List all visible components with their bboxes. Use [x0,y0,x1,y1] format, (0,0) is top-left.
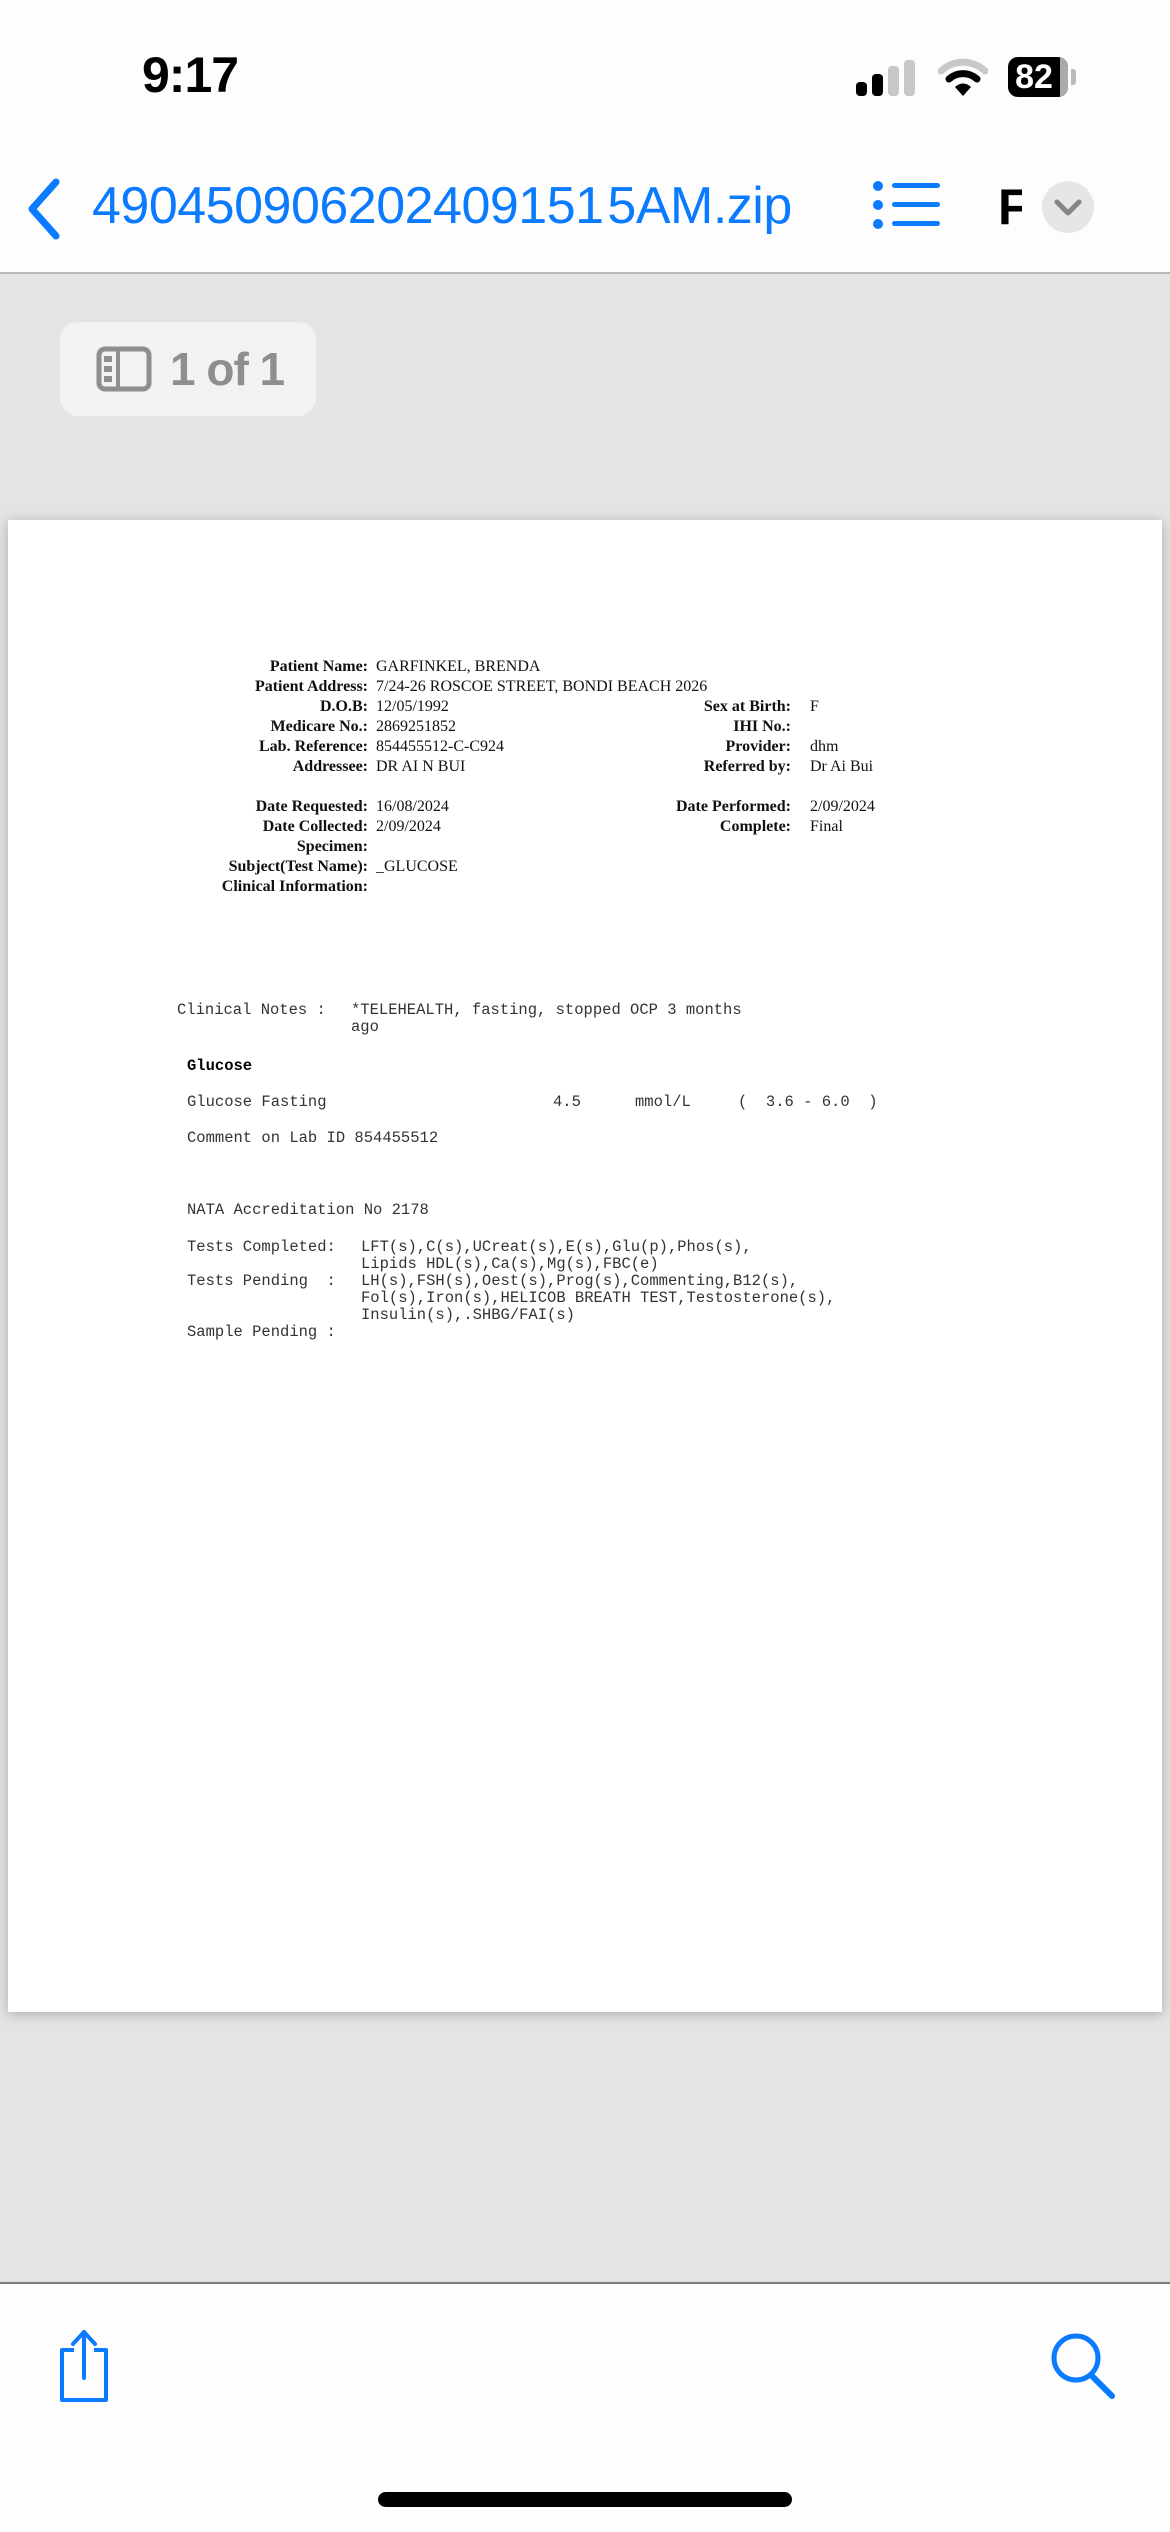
battery-icon: 82 [1008,57,1068,97]
info-label: Provider: [726,737,791,757]
section-title: Glucose [187,1058,252,1075]
info-label: Specimen: [297,837,368,857]
info-label: Patient Name: [270,657,368,677]
info-label: Sex at Birth: [704,697,791,717]
tests-completed-line: LFT(s),C(s),UCreat(s),E(s),Glu(p),Phos(s… [361,1239,752,1256]
date-collected: 2/09/2024 [376,817,441,837]
info-label: Referred by: [704,757,791,777]
patient-address: 7/24-26 ROSCOE STREET, BONDI BEACH 2026 [376,677,707,697]
clinical-notes-label: Clinical Notes : [177,1002,326,1019]
chevron-down-circle-icon[interactable] [1042,181,1094,233]
date-performed: 2/09/2024 [810,797,875,817]
home-indicator[interactable] [378,2492,792,2507]
subject-test-name: _GLUCOSE [376,857,458,877]
sex-at-birth: F [810,697,819,717]
result-name: Glucose Fasting [187,1094,327,1111]
info-label: Patient Address: [255,677,368,697]
addressee: DR AI N BUI [376,757,465,777]
tests-pending-label: Tests Pending : [187,1273,336,1290]
share-icon[interactable] [54,2326,114,2406]
result-unit: mmol/L [635,1094,691,1111]
referred-by: Dr Ai Bui [810,757,873,777]
wifi-icon [938,56,988,98]
info-label: Addressee: [293,757,368,777]
info-label: Lab. Reference: [259,737,368,757]
clinical-notes-line2: ago [351,1019,379,1036]
patient-name: GARFINKEL, BRENDA [376,657,540,677]
tests-pending-line: Fol(s),Iron(s),HELICOB BREATH TEST,Testo… [361,1290,835,1307]
battery-percent: 82 [1015,58,1053,96]
info-label: Subject(Test Name): [229,857,368,877]
info-label: Date Requested: [256,797,368,817]
page-indicator-button[interactable]: 1 of 1 [60,322,316,416]
info-label: IHI No.: [733,717,791,737]
cellular-signal-icon [856,60,916,96]
page-indicator-label: 1 of 1 [170,342,284,396]
info-label: Date Collected: [263,817,368,837]
tests-completed-label: Tests Completed: [187,1239,336,1256]
info-label: D.O.B: [320,697,368,717]
date-requested: 16/08/2024 [376,797,449,817]
navigation-bar: 490450906202409151 5AM.zip F [0,150,1170,274]
truncated-title[interactable]: F [998,178,1022,236]
result-range: ( 3.6 - 6.0 ) [738,1094,878,1111]
document-title[interactable]: 490450906202409151 5AM.zip [92,176,792,236]
battery-tip [1071,69,1076,85]
lab-reference: 854455512-C-C924 [376,737,504,757]
info-label: Complete: [720,817,791,837]
info-label: Medicare No.: [271,717,368,737]
tests-completed-line: Lipids HDL(s),Ca(s),Mg(s),FBC(e) [361,1256,659,1273]
result-value: 4.5 [553,1094,581,1111]
info-label: Clinical Information: [222,877,368,897]
medicare-no: 2869251852 [376,717,456,737]
complete-status: Final [810,817,843,837]
search-icon[interactable] [1048,2330,1118,2402]
chevron-left-icon[interactable] [24,176,64,242]
lab-comment: Comment on Lab ID 854455512 [187,1130,438,1147]
sample-pending-label: Sample Pending : [187,1324,336,1341]
right-info-labels: Sex at Birth: IHI No.: Provider: Referre… [508,697,791,837]
info-label: Date Performed: [676,797,791,817]
tests-pending-line: Insulin(s),.SHBG/FAI(s) [361,1307,575,1324]
sidebar-thumbnails-icon [96,346,152,392]
status-time: 9:17 [142,46,238,104]
right-info-values: F dhm Dr Ai Bui 2/09/2024 Final [810,697,1060,837]
status-bar: 9:17 82 [0,0,1170,150]
patient-info-labels: Patient Name: Patient Address: D.O.B: Me… [8,657,368,897]
tests-pending-line: LH(s),FSH(s),Oest(s),Prog(s),Commenting,… [361,1273,798,1290]
document-page: Patient Name: Patient Address: D.O.B: Me… [8,520,1162,2012]
accreditation: NATA Accreditation No 2178 [187,1202,429,1219]
list-bullet-icon[interactable] [872,178,942,234]
provider: dhm [810,737,838,757]
clinical-notes-line1: *TELEHEALTH, fasting, stopped OCP 3 mont… [351,1002,742,1019]
dob: 12/05/1992 [376,697,449,717]
